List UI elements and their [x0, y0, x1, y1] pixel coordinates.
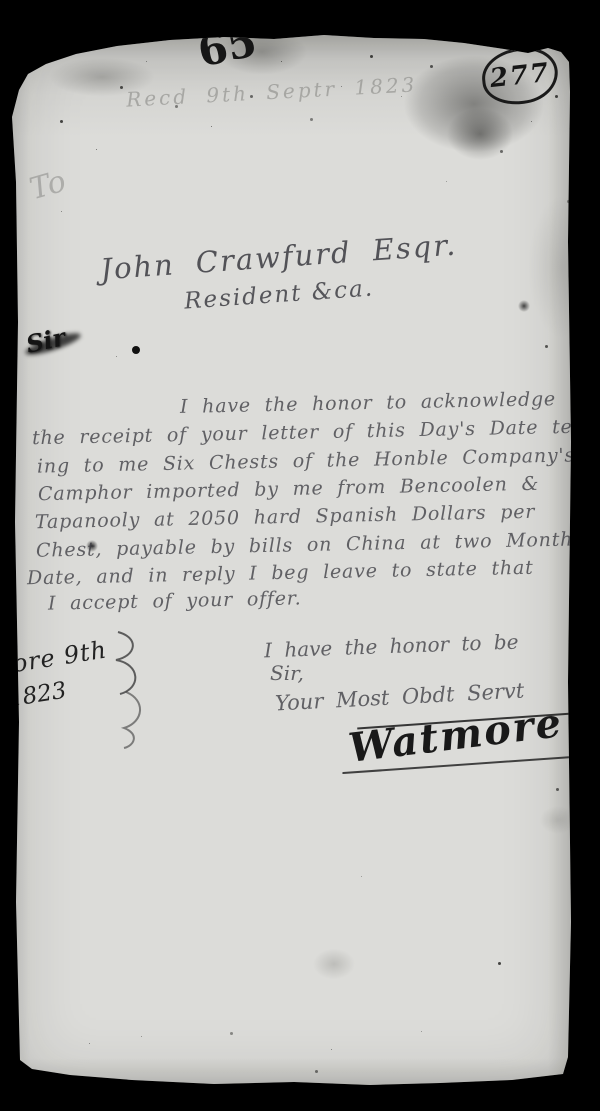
folio-stamp-oval: 277	[479, 44, 560, 108]
body-line: Camphor imported by me from Bencoolen &	[38, 473, 540, 505]
body-line: ing to me Six Chests of the Honble Compa…	[37, 444, 575, 477]
closing-line-2: Sir,	[270, 661, 304, 685]
page-number: 65	[194, 16, 261, 76]
margin-brace-flourish	[100, 630, 150, 750]
body-line: I have the honor to acknowledge	[180, 388, 556, 418]
ink-blot	[132, 346, 140, 354]
address-to-mark: To	[26, 164, 70, 207]
body-line: I accept of your offer.	[48, 587, 302, 614]
closing-line-1: I have the honor to be	[264, 630, 519, 663]
body-line: Date, and in reply I beg leave to state …	[27, 557, 534, 590]
body-line: the receipt of your letter of this Day's…	[32, 415, 600, 449]
pencil-docket: Recd 9th Septr 1823	[126, 72, 418, 111]
salutation: Sir	[23, 322, 67, 358]
folio-stamp-number: 277	[488, 58, 551, 94]
margin-note-line-1: pore 9th	[0, 635, 109, 680]
letter-paper: 65 277 Recd 9th Septr 1823 To John Crawf…	[12, 22, 572, 1088]
address-line-2: Resident &ca.	[183, 275, 375, 314]
scanned-letter-page: { "doc": { "page_number": "65", "folio_s…	[0, 0, 600, 1111]
address-line-1: John Crawfurd Esqr.	[99, 228, 458, 287]
foxing-speckles	[12, 22, 15, 25]
body-line: Tapanooly at 2050 hard Spanish Dollars p…	[35, 501, 536, 533]
margin-note-line-2: 1823	[6, 678, 68, 713]
